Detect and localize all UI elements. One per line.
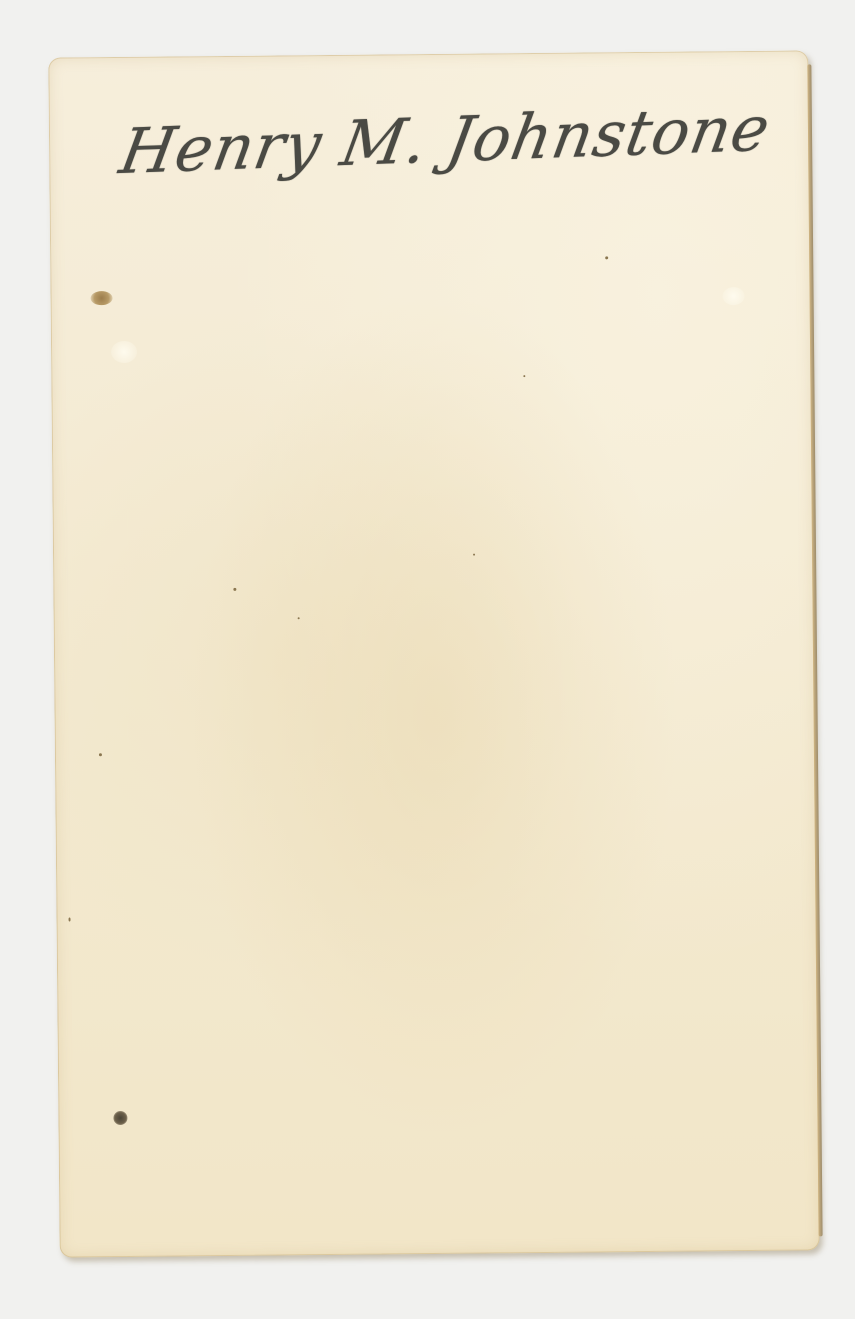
speck xyxy=(69,918,71,922)
photo-card-back: Henry M. Johnstone xyxy=(48,50,819,1257)
dark-spot xyxy=(113,1111,127,1125)
light-blemish xyxy=(722,287,744,305)
stain-spot xyxy=(91,291,113,305)
card-edge xyxy=(807,64,822,1236)
speck xyxy=(523,375,525,377)
speck xyxy=(473,554,475,556)
speck xyxy=(233,588,236,591)
speck xyxy=(605,256,608,259)
handwritten-signature: Henry M. Johnstone xyxy=(115,92,776,189)
speck xyxy=(99,753,102,756)
light-blemish xyxy=(111,341,137,363)
speck xyxy=(298,617,300,619)
